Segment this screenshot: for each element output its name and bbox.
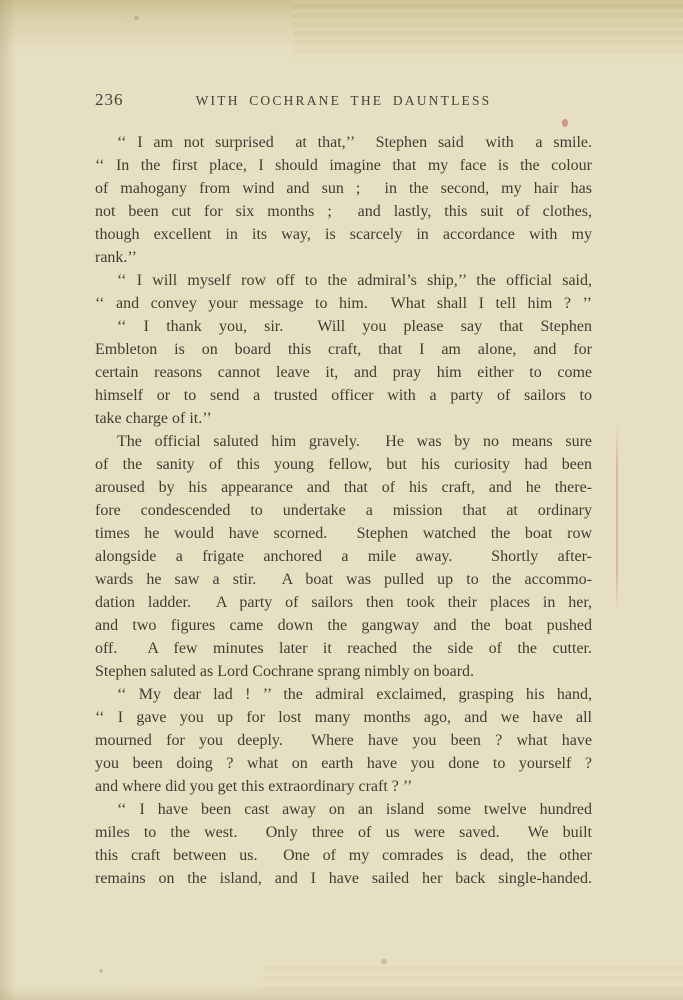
- scan-top-shadow: [0, 0, 683, 52]
- scan-bottom-shadow: [0, 986, 683, 1000]
- text-line: Embleton is on board this craft, that I …: [95, 338, 592, 361]
- scan-left-shadow: [0, 0, 16, 1000]
- paper-speck: [99, 969, 103, 973]
- text-line: certain reasons cannot leave it, and pra…: [95, 361, 592, 384]
- paragraph: The official saluted him gravely. He was…: [95, 430, 592, 683]
- text-line: wards he saw a stir. A boat was pulled u…: [95, 568, 592, 591]
- text-line: and where did you get this extraordinary…: [95, 775, 592, 798]
- text-line: off. A few minutes later it reached the …: [95, 637, 592, 660]
- text-line: ‘‘ I will myself row off to the admiral’…: [95, 269, 592, 292]
- text-line: ‘‘ My dear lad ! ’’ the admiral exclaime…: [95, 683, 592, 706]
- text-line: of the sanity of this young fellow, but …: [95, 453, 592, 476]
- text-line: though excellent in its way, is scarcely…: [95, 223, 592, 246]
- text-line: times he would have scorned. Stephen wat…: [95, 522, 592, 545]
- scan-bottom-streaks: [263, 966, 683, 992]
- pink-ink-speck: [562, 119, 568, 127]
- text-line: ‘‘ I am not surprised at that,’’ Stephen…: [95, 131, 592, 154]
- text-line: aroused by his appearance and that of hi…: [95, 476, 592, 499]
- text-line: not been cut for six months ; and lastly…: [95, 200, 592, 223]
- book-page-scan: 236 WITH COCHRANE THE DAUNTLESS ‘‘ I am …: [0, 0, 683, 1000]
- text-line: you been doing ? what on earth have you …: [95, 752, 592, 775]
- text-line: miles to the west. Only three of us were…: [95, 821, 592, 844]
- text-line: this craft between us. One of my comrade…: [95, 844, 592, 867]
- text-line: ‘‘ In the first place, I should imagine …: [95, 154, 592, 177]
- text-line: ‘‘ I gave you up for lost many months ag…: [95, 706, 592, 729]
- paper-speck: [134, 16, 139, 20]
- paragraph: ‘‘ I will myself row off to the admiral’…: [95, 269, 592, 315]
- paragraph: ‘‘ I thank you, sir. Will you please say…: [95, 315, 592, 430]
- text-line: take charge of it.’’: [95, 407, 592, 430]
- text-line: dation ladder. A party of sailors then t…: [95, 591, 592, 614]
- paper-speck: [381, 959, 387, 964]
- page-header: 236 WITH COCHRANE THE DAUNTLESS: [95, 90, 592, 112]
- text-line: remains on the island, and I have sailed…: [95, 867, 592, 890]
- faint-red-margin-line: [616, 425, 618, 610]
- scan-top-streaks: [293, 0, 683, 70]
- paragraph: ‘‘ My dear lad ! ’’ the admiral exclaime…: [95, 683, 592, 798]
- text-line: ‘‘ and convey your message to him. What …: [95, 292, 592, 315]
- text-line: and two figures came down the gangway an…: [95, 614, 592, 637]
- paragraph: ‘‘ I have been cast away on an island so…: [95, 798, 592, 890]
- text-line: ‘‘ I have been cast away on an island so…: [95, 798, 592, 821]
- paragraph: ‘‘ I am not surprised at that,’’ Stephen…: [95, 131, 592, 269]
- text-line: The official saluted him gravely. He was…: [95, 430, 592, 453]
- text-line: alongside a frigate anchored a mile away…: [95, 545, 592, 568]
- text-line: rank.’’: [95, 246, 592, 269]
- body-text: ‘‘ I am not surprised at that,’’ Stephen…: [95, 131, 592, 890]
- running-title: WITH COCHRANE THE DAUNTLESS: [95, 93, 592, 109]
- text-line: mourned for you deeply. Where have you b…: [95, 729, 592, 752]
- text-line: ‘‘ I thank you, sir. Will you please say…: [95, 315, 592, 338]
- text-line: Stephen saluted as Lord Cochrane sprang …: [95, 660, 592, 683]
- text-line: of mahogany from wind and sun ; in the s…: [95, 177, 592, 200]
- text-line: fore condescended to undertake a mission…: [95, 499, 592, 522]
- text-line: himself or to send a trusted officer wit…: [95, 384, 592, 407]
